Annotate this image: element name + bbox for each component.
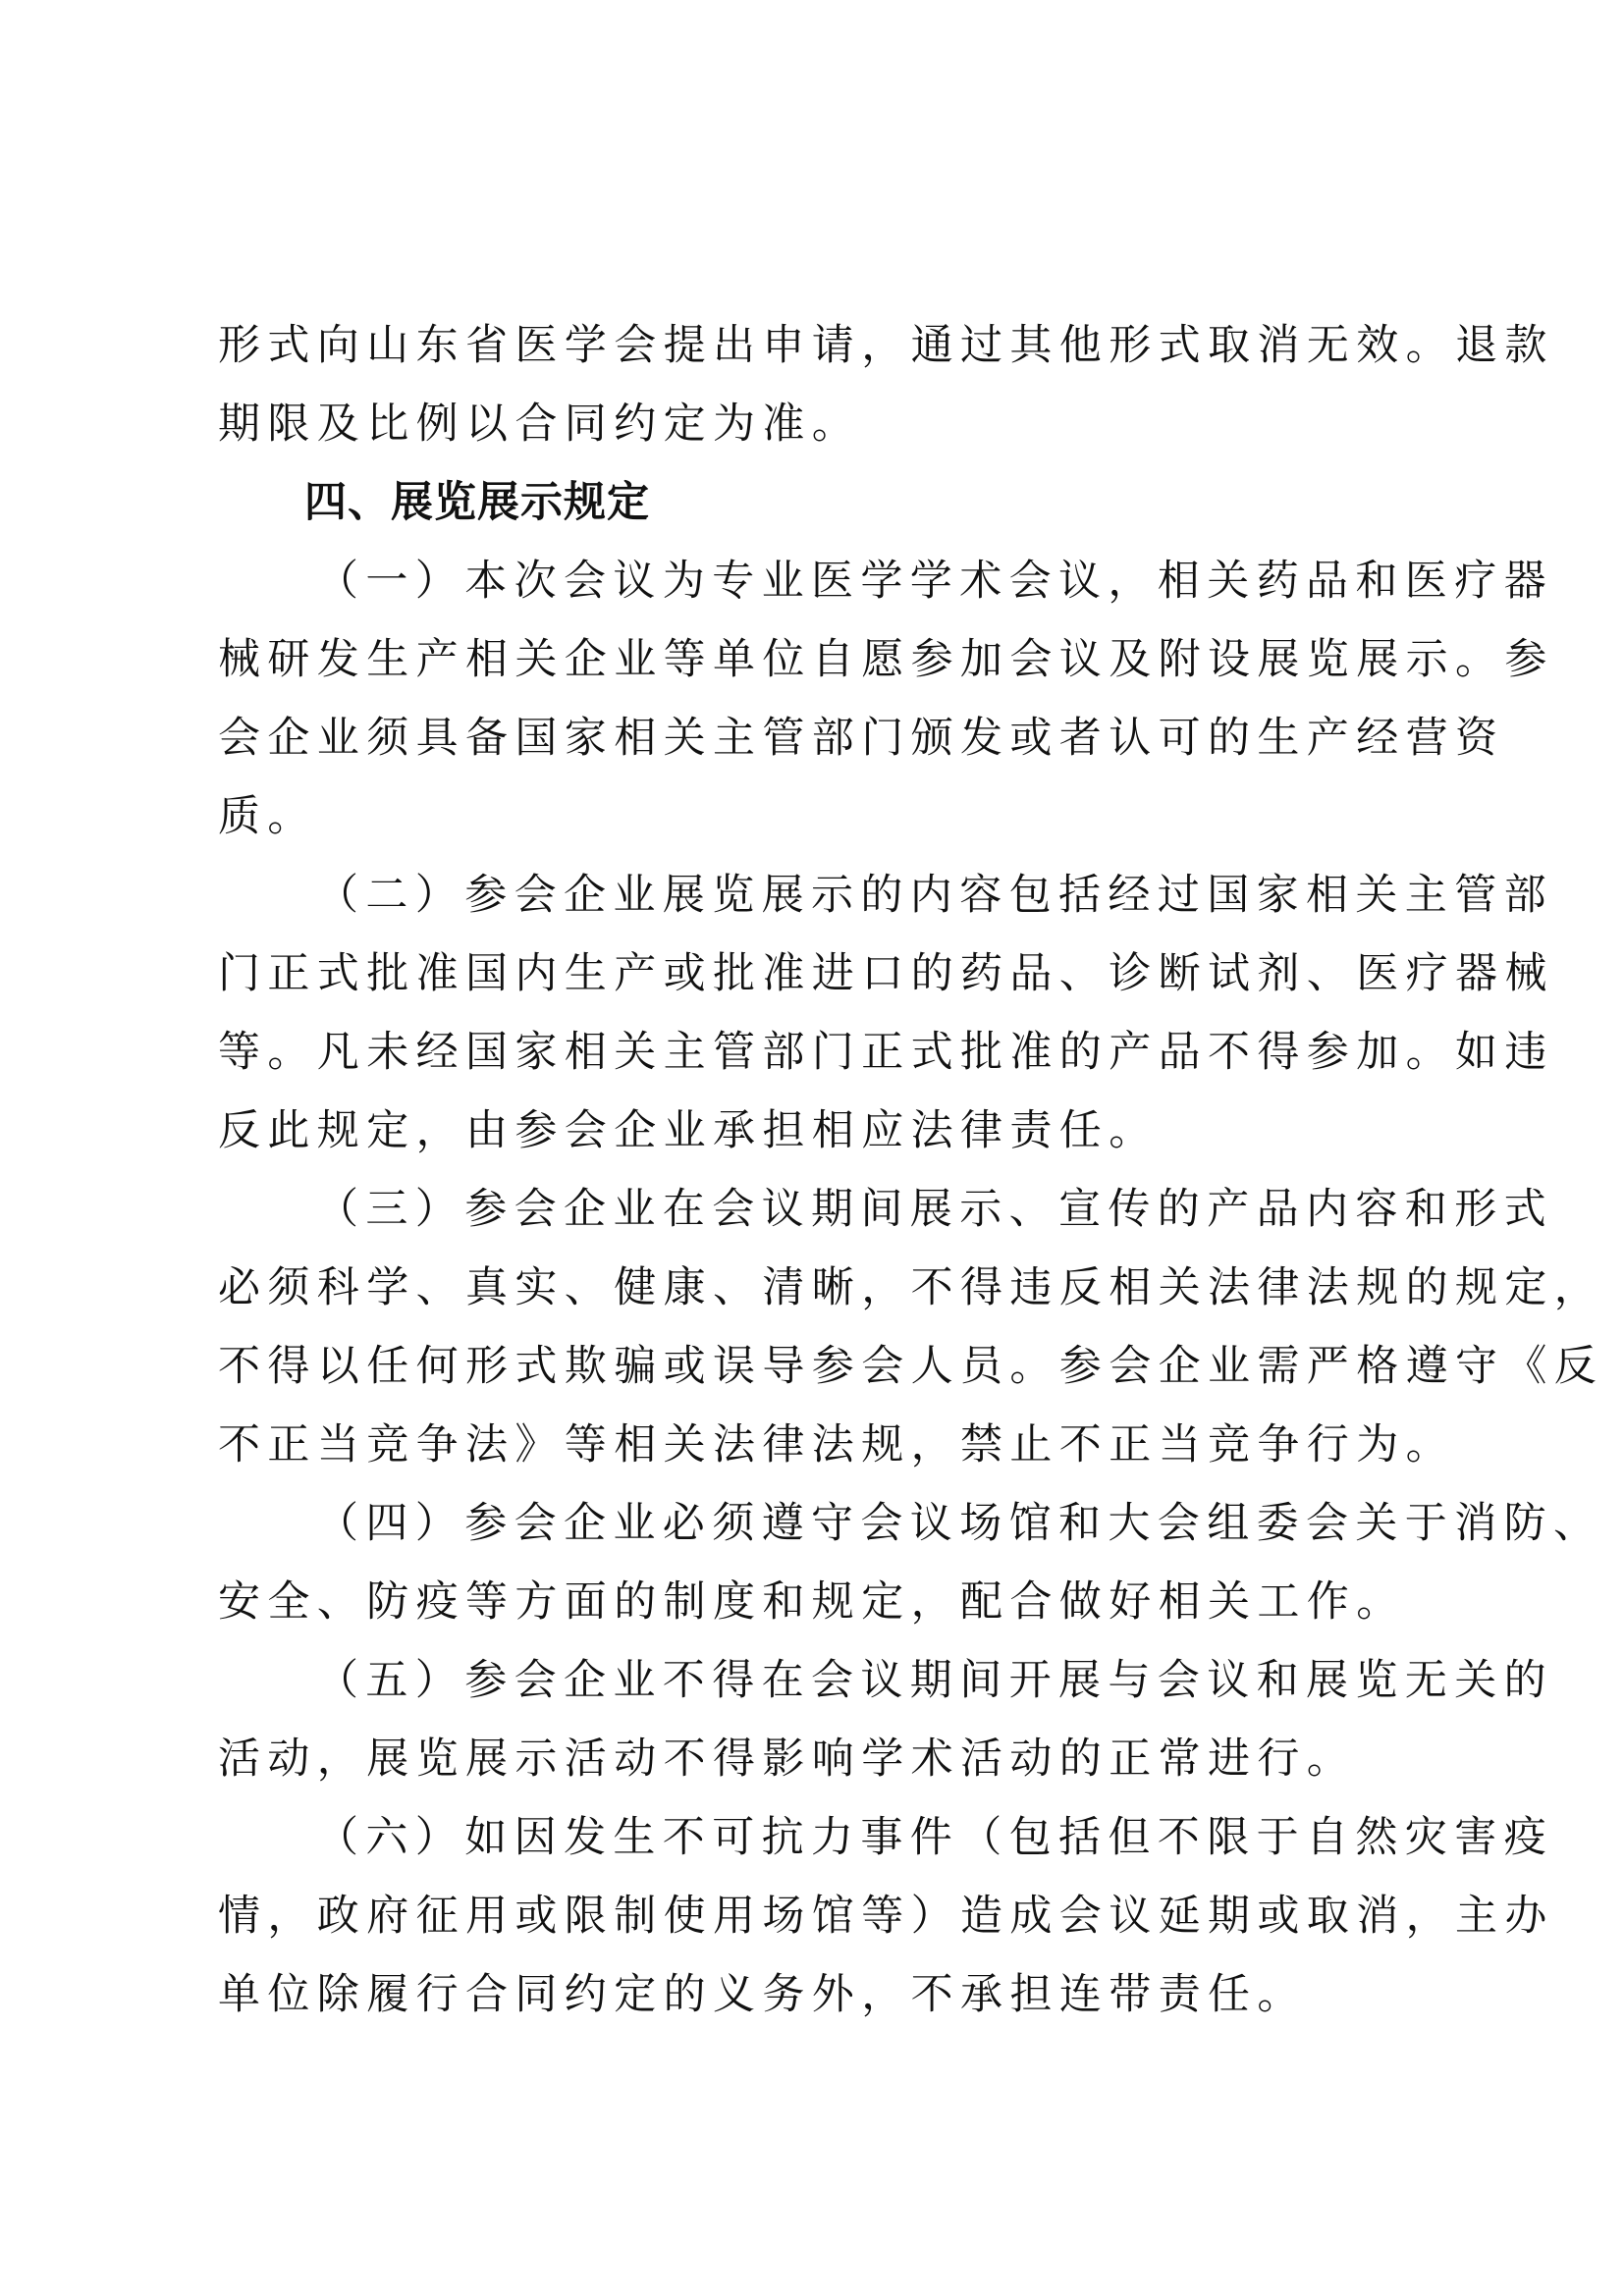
- section-heading: 四、展览展示规定: [218, 463, 1416, 542]
- text-line: （五）参会企业不得在会议期间开展与会议和展览无关的: [218, 1641, 1416, 1720]
- text-line: 械研发生产相关企业等单位自愿参加会议及附设展览展示。参: [218, 620, 1416, 699]
- text-line: 等。凡未经国家相关主管部门正式批准的产品不得参加。如违: [218, 1013, 1416, 1092]
- text-line: 形式向山东省医学会提出申请，通过其他形式取消无效。退款: [218, 306, 1416, 385]
- paragraph-5: （五）参会企业不得在会议期间开展与会议和展览无关的 活动，展览展示活动不得影响学…: [218, 1641, 1416, 1798]
- text-line: 必须科学、真实、健康、清晰，不得违反相关法律法规的规定，: [218, 1249, 1416, 1327]
- paragraph-4: （四）参会企业必须遵守会议场馆和大会组委会关于消防、 安全、防疫等方面的制度和规…: [218, 1484, 1416, 1641]
- text-line: （六）如因发生不可抗力事件（包括但不限于自然灾害疫: [218, 1798, 1416, 1877]
- text-line: （三）参会企业在会议期间展示、宣传的产品内容和形式: [218, 1170, 1416, 1249]
- text-line: 期限及比例以合同约定为准。: [218, 385, 1416, 463]
- document-page: 形式向山东省医学会提出申请，通过其他形式取消无效。退款 期限及比例以合同约定为准…: [218, 306, 1416, 2034]
- text-line: 反此规定，由参会企业承担相应法律责任。: [218, 1092, 1416, 1170]
- paragraph-3: （三）参会企业在会议期间展示、宣传的产品内容和形式 必须科学、真实、健康、清晰，…: [218, 1170, 1416, 1484]
- text-line: 质。: [218, 777, 1416, 856]
- text-line: 会企业须具备国家相关主管部门颁发或者认可的生产经营资: [218, 699, 1416, 777]
- text-line: 不正当竞争法》等相关法律法规，禁止不正当竞争行为。: [218, 1406, 1416, 1484]
- text-line: 单位除履行合同约定的义务外，不承担连带责任。: [218, 1955, 1416, 2034]
- text-line: （四）参会企业必须遵守会议场馆和大会组委会关于消防、: [218, 1484, 1416, 1563]
- text-line: 门正式批准国内生产或批准进口的药品、诊断试剂、医疗器械: [218, 934, 1416, 1013]
- continuation-paragraph: 形式向山东省医学会提出申请，通过其他形式取消无效。退款 期限及比例以合同约定为准…: [218, 306, 1416, 463]
- text-line: 情，政府征用或限制使用场馆等）造成会议延期或取消，主办: [218, 1877, 1416, 1955]
- text-line: （一）本次会议为专业医学学术会议，相关药品和医疗器: [218, 542, 1416, 620]
- text-line: 安全、防疫等方面的制度和规定，配合做好相关工作。: [218, 1563, 1416, 1641]
- paragraph-6: （六）如因发生不可抗力事件（包括但不限于自然灾害疫 情，政府征用或限制使用场馆等…: [218, 1798, 1416, 2034]
- text-line: 活动，展览展示活动不得影响学术活动的正常进行。: [218, 1720, 1416, 1798]
- paragraph-1: （一）本次会议为专业医学学术会议，相关药品和医疗器 械研发生产相关企业等单位自愿…: [218, 542, 1416, 856]
- text-line: 不得以任何形式欺骗或误导参会人员。参会企业需严格遵守《反: [218, 1327, 1416, 1406]
- text-line: （二）参会企业展览展示的内容包括经过国家相关主管部: [218, 856, 1416, 934]
- paragraph-2: （二）参会企业展览展示的内容包括经过国家相关主管部 门正式批准国内生产或批准进口…: [218, 856, 1416, 1170]
